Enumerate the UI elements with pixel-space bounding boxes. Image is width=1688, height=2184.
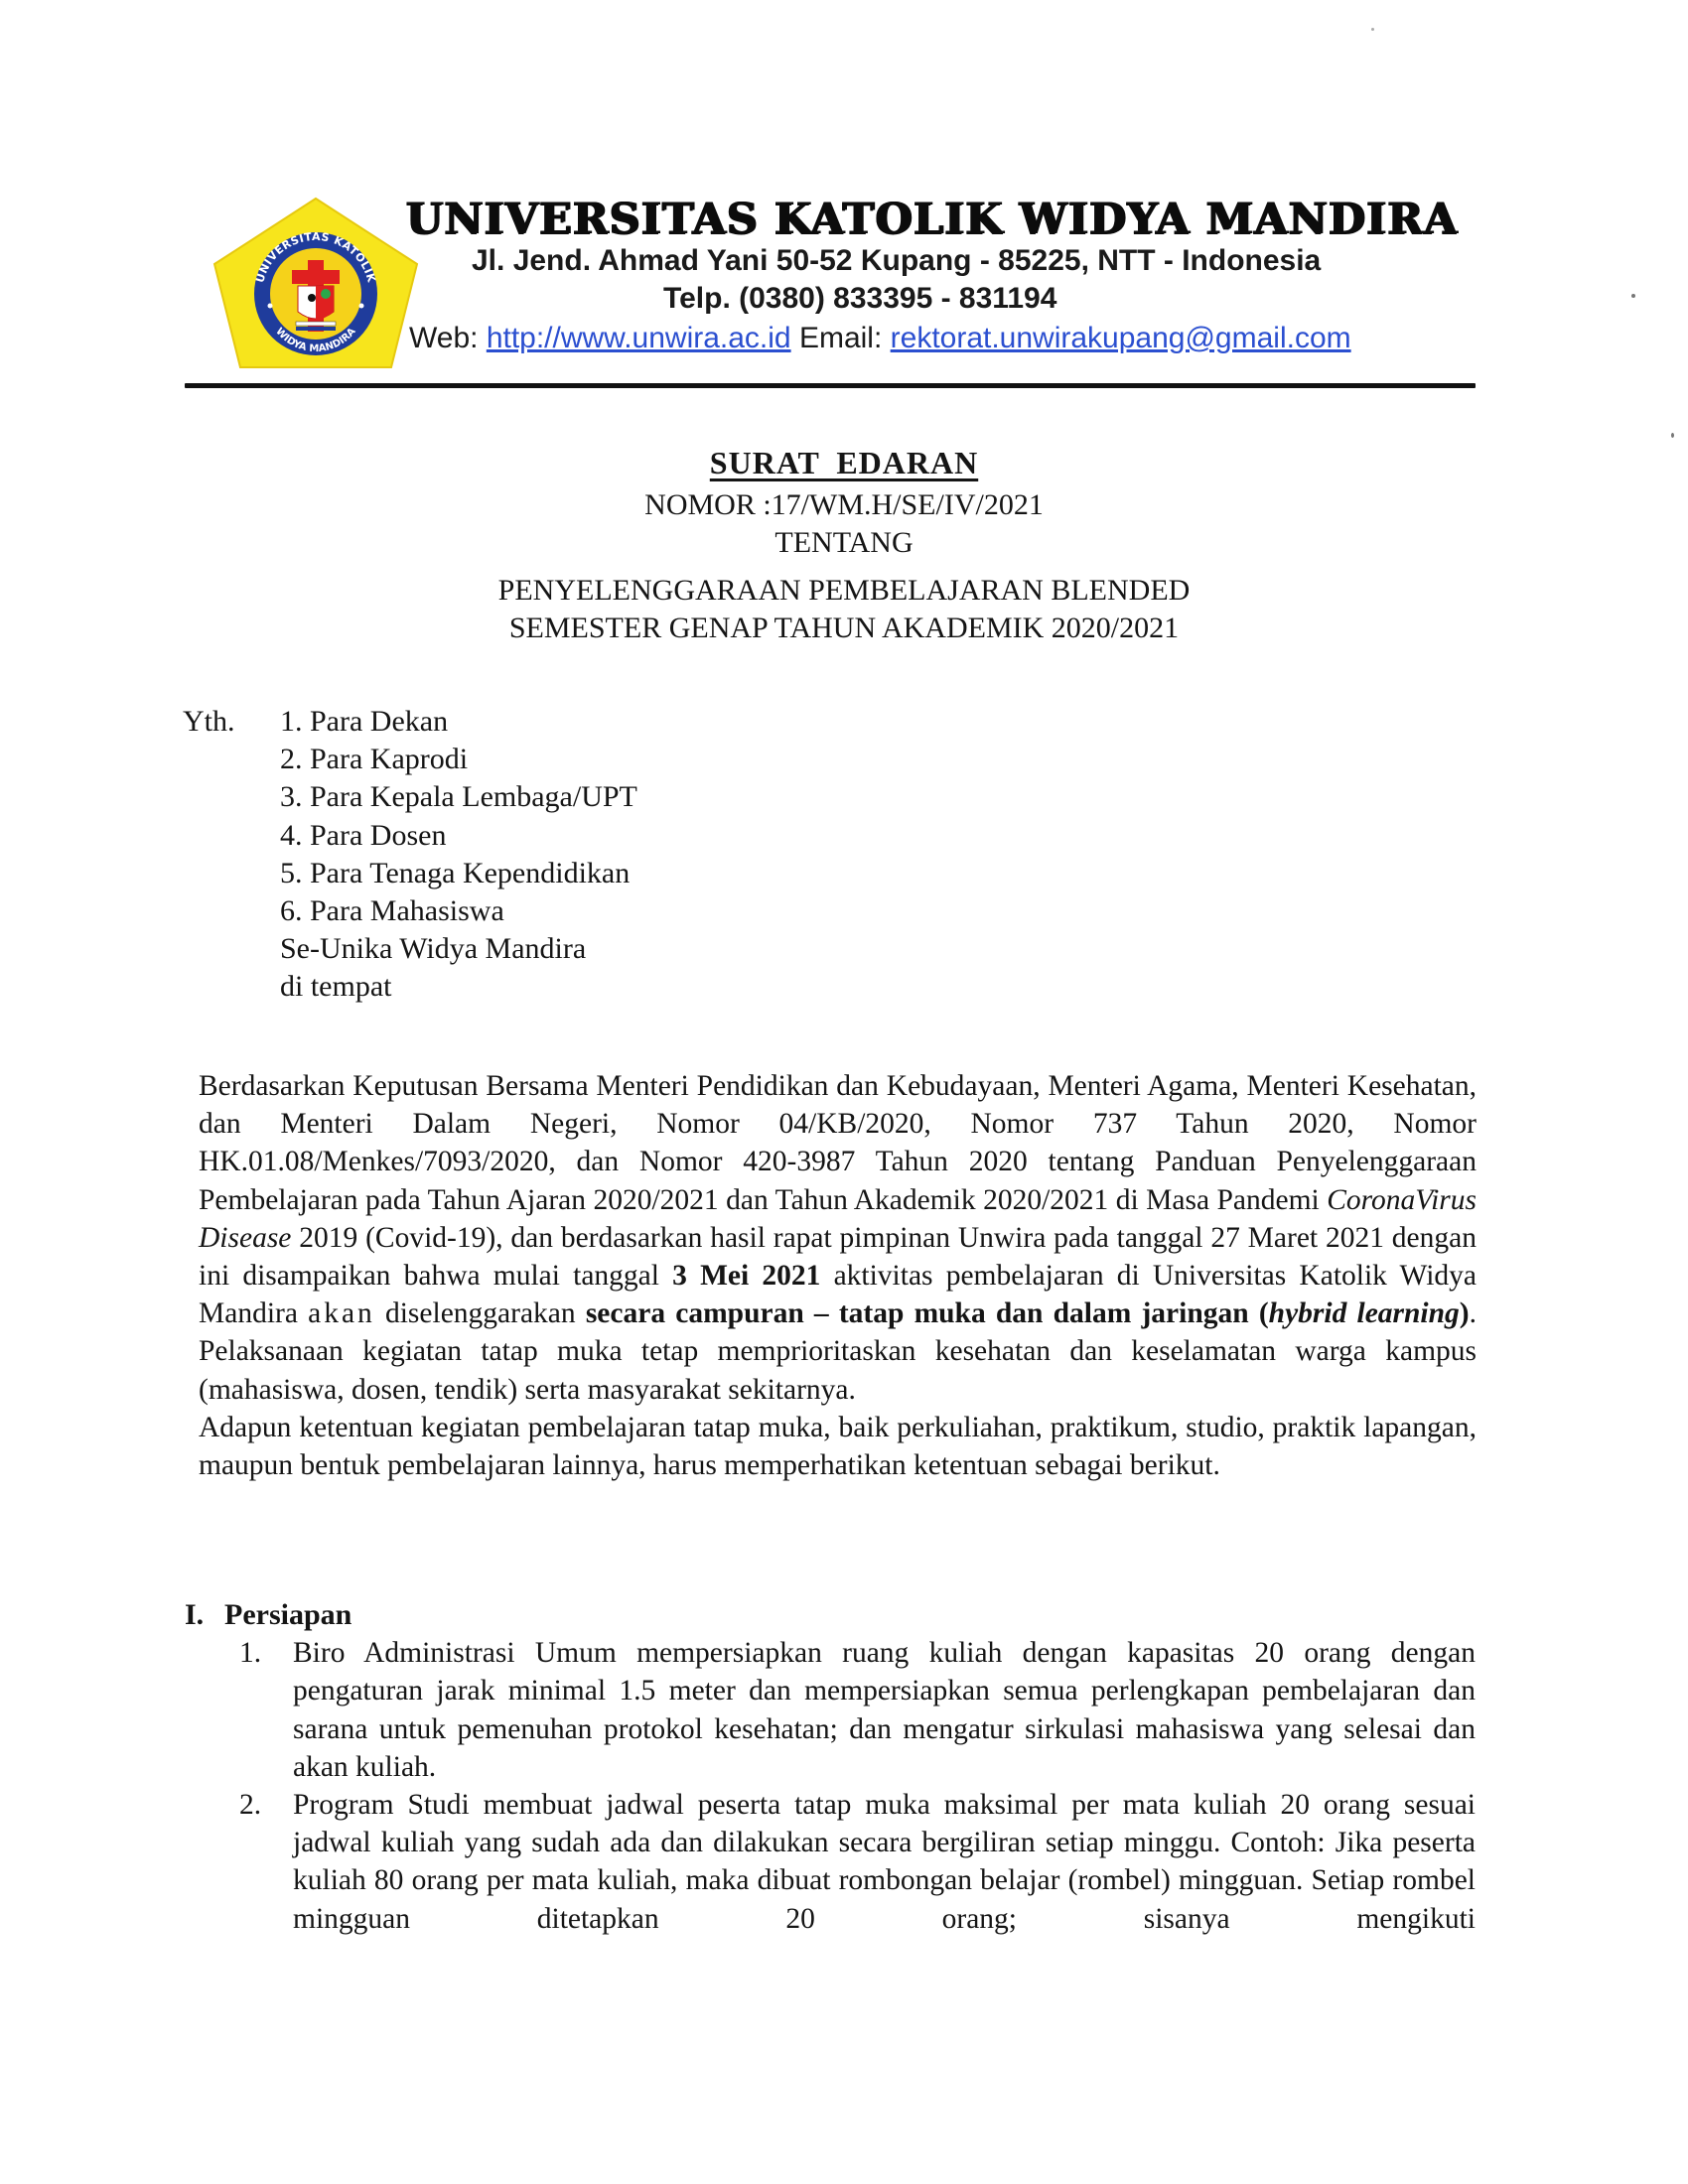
- recipient-item: 4. Para Dosen: [280, 817, 446, 855]
- recipient-item: 2. Para Kaprodi: [280, 741, 468, 778]
- body-paragraph-2: Adapun ketentuan kegiatan pembelajaran t…: [199, 1409, 1477, 1484]
- recipient-item: 6. Para Mahasiswa: [280, 892, 504, 930]
- web-label: Web:: [409, 322, 487, 354]
- recipient-place: di tempat: [280, 968, 391, 1006]
- university-name: UNIVERSITAS KATOLIK WIDYA MANDIRA: [405, 195, 1428, 244]
- letter-subject-line-1: PENYELENGGARAAN PEMBELAJARAN BLENDED: [0, 574, 1688, 608]
- section-persiapan: I.Persiapan 1.Biro Administrasi Umum mem…: [185, 1596, 1476, 1938]
- letterhead-divider: [185, 383, 1476, 388]
- section-item: 2.Program Studi membuat jadwal peserta t…: [239, 1786, 1476, 1938]
- email-link[interactable]: rektorat.unwirakupang@gmail.com: [891, 322, 1351, 354]
- scan-speck: [1371, 28, 1374, 31]
- letter-subject-line-2: SEMESTER GENAP TAHUN AKADEMIK 2020/2021: [0, 612, 1688, 645]
- recipient-item: 3. Para Kepala Lembaga/UPT: [280, 778, 637, 816]
- letter-number: NOMOR :17/WM.H/SE/IV/2021: [0, 488, 1688, 522]
- email-label: Email:: [791, 322, 891, 354]
- letter-type-heading: SURAT EDARAN: [0, 445, 1688, 481]
- university-logo-icon: UNIVERSITAS KATOLIK WIDYA MANDIRA: [211, 195, 421, 371]
- letter-about-label: TENTANG: [0, 526, 1688, 560]
- web-link[interactable]: http://www.unwira.ac.id: [487, 322, 791, 354]
- letter-body: Berdasarkan Keputusan Bersama Menteri Pe…: [199, 1067, 1477, 1484]
- scan-speck: [1671, 433, 1674, 438]
- section-heading: I.Persiapan: [185, 1596, 1476, 1634]
- recipient-item: 1. Para Dekan: [280, 703, 448, 741]
- section-items: 1.Biro Administrasi Umum mempersiapkan r…: [185, 1634, 1476, 1938]
- university-phone: Telp. (0380) 833395 - 831194: [663, 282, 1056, 316]
- section-item: 1.Biro Administrasi Umum mempersiapkan r…: [239, 1634, 1476, 1786]
- recipients-list: Yth.1. Para Dekan 2. Para Kaprodi 3. Par…: [183, 703, 637, 1007]
- university-contact: Web: http://www.unwira.ac.id Email: rekt…: [409, 322, 1351, 355]
- recipient-scope: Se-Unika Widya Mandira: [280, 930, 586, 968]
- scan-speck: [1631, 294, 1635, 298]
- recipient-item: 5. Para Tenaga Kependidikan: [280, 855, 630, 892]
- university-address: Jl. Jend. Ahmad Yani 50-52 Kupang - 8522…: [472, 244, 1321, 278]
- body-paragraph-1: Berdasarkan Keputusan Bersama Menteri Pe…: [199, 1067, 1477, 1409]
- salutation: Yth.: [183, 703, 280, 741]
